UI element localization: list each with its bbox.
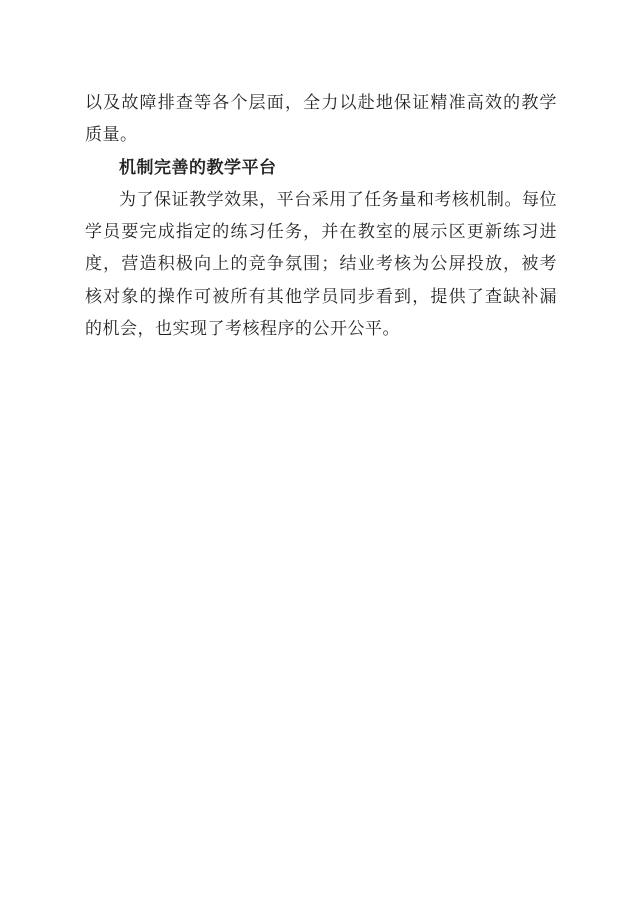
body-paragraph: 为了保证教学效果，平台采用了任务量和考核机制。每位学员要完成指定的练习任务，并在… (85, 184, 557, 345)
paragraph-continuation: 以及故障排查等各个层面，全力以赴地保证精准高效的教学质量。 (85, 87, 557, 152)
section-heading: 机制完善的教学平台 (85, 152, 557, 184)
document-page: 以及故障排查等各个层面，全力以赴地保证精准高效的教学质量。 机制完善的教学平台 … (0, 0, 640, 905)
